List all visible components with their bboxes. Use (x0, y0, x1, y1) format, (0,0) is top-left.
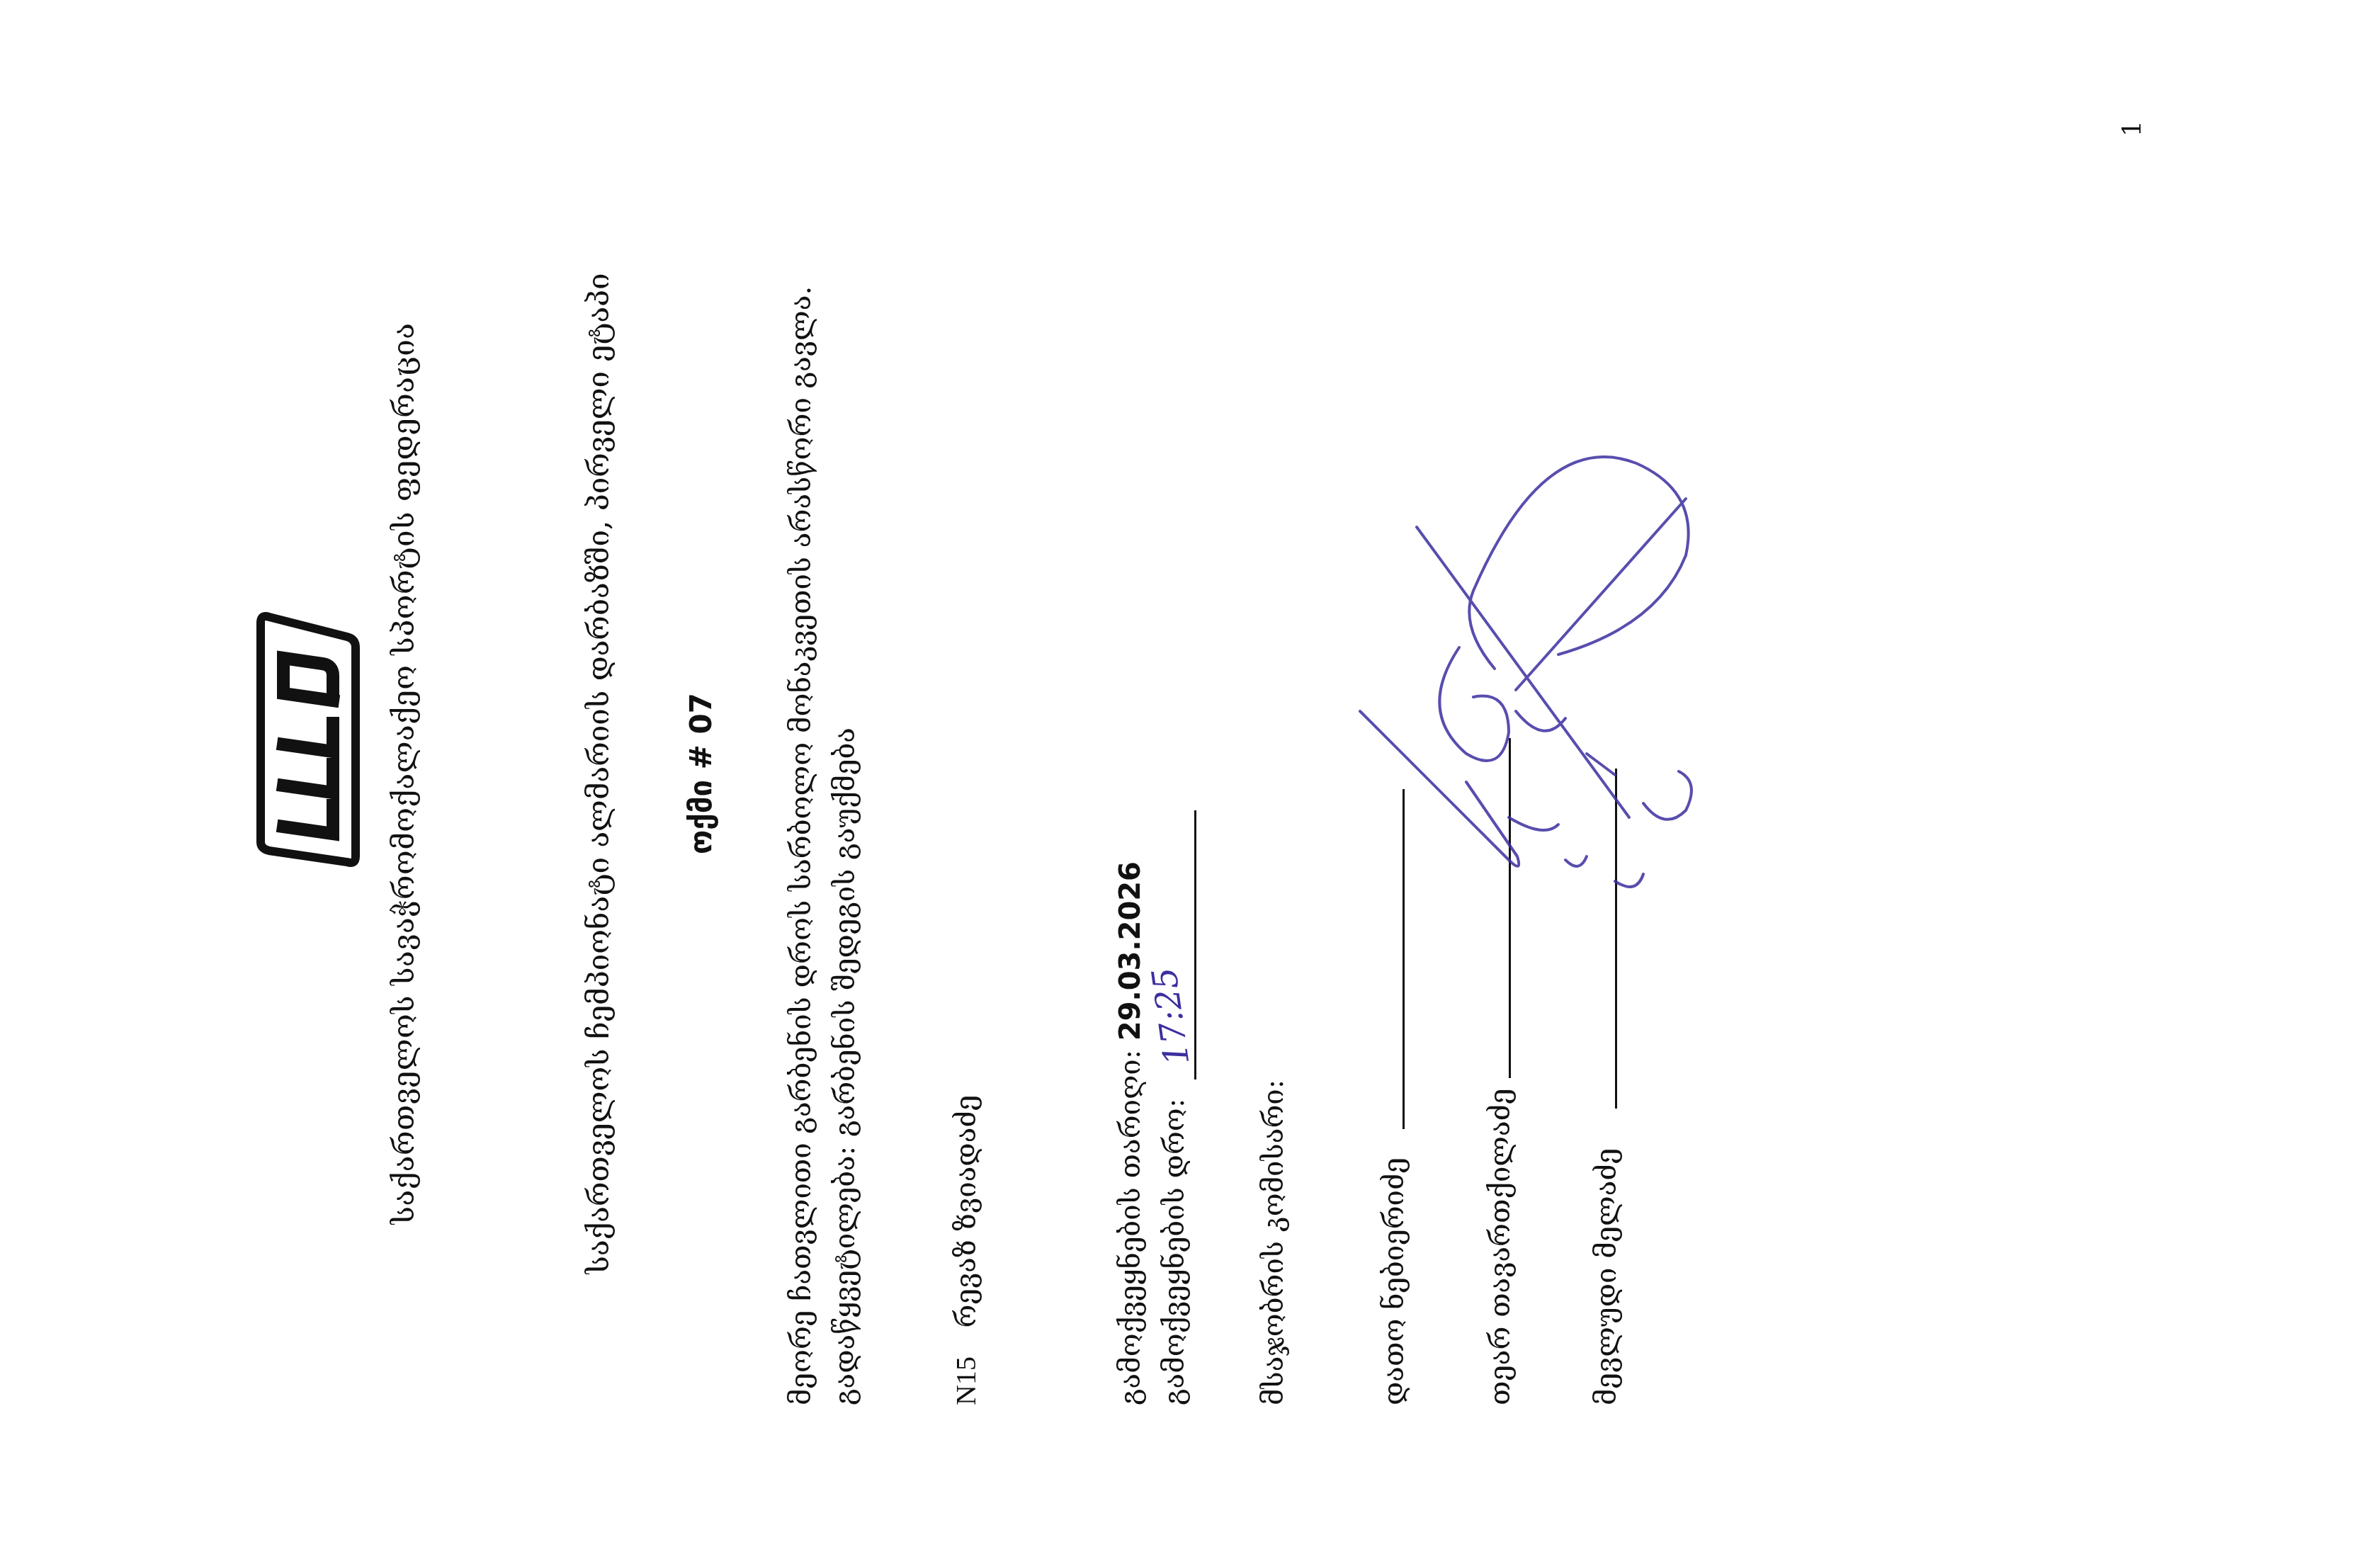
publication-time-line: გამოქვეყნების დრო: 17:25 (1152, 810, 1196, 1405)
participant-number: N15 (950, 1356, 982, 1405)
protocol-body: მეორე ჩათვლითი გარბენის დროს სარბოლო მონ… (779, 286, 867, 1405)
publication-date-line: გამოქვეყნების თარიღი: 29.03.2026 (1109, 810, 1152, 1405)
page-number: 1 (2118, 120, 2147, 137)
commission-member: თეარ თავართქილაძე (1484, 739, 1517, 1406)
decision-text: გარბენის შედეგის გაუქმება (829, 727, 861, 1137)
publication-date-label: გამოქვეყნების თარიღი: (1114, 1050, 1147, 1405)
signature-line (1400, 789, 1405, 1129)
publication-time-label: გამოქვეყნების დრო: (1158, 1099, 1191, 1405)
document-page: 1 საქართველოს სავაჭრომოქალაქეო სპორტის ფ… (0, 0, 2380, 1547)
signature-line (1506, 739, 1511, 1079)
federation-logo-icon (255, 608, 361, 871)
commission-member: დათო ნებიერიძე (1378, 789, 1410, 1405)
publication-time-field: 17:25 (1159, 810, 1196, 1079)
signature-line (1612, 769, 1617, 1109)
decision-label: გადაწყვეტილება: (829, 1146, 861, 1405)
violation-text: მეორე ჩათვლითი გარბენის დროს სარბოლო მონ… (779, 286, 823, 1405)
commission-label: მსაჯობრის კომისარი: (1257, 1079, 1290, 1405)
participant-name: რევაზ ზვიადაძე (950, 1095, 982, 1328)
publication-date-value: 29.03.2026 (1114, 861, 1147, 1041)
member-name: მევლუდი მელაძე (1590, 1148, 1623, 1405)
commission-member: მევლუდი მელაძე (1590, 769, 1623, 1405)
member-name: თეარ თავართქილაძე (1484, 1089, 1517, 1406)
publication-info: გამოქვეყნების თარიღი: 29.03.2026 გამოქვე… (1109, 810, 1196, 1405)
protocol-number: ოქმი # 07 (684, 0, 718, 1547)
event-title: საქართველოს ჩემპიონატი ალმარიის დარბაზში… (581, 0, 616, 1547)
member-name: დათო ნებიერიძე (1378, 1157, 1410, 1405)
decision-line: გადაწყვეტილება: გარბენის შედეგის გაუქმებ… (823, 286, 867, 1405)
organization-title: საქართველოს სავაჭრომოქალაქეო სპორტის ფედ… (386, 0, 421, 1547)
participant-line: N15 რევაზ ზვიადაძე (949, 1095, 982, 1405)
